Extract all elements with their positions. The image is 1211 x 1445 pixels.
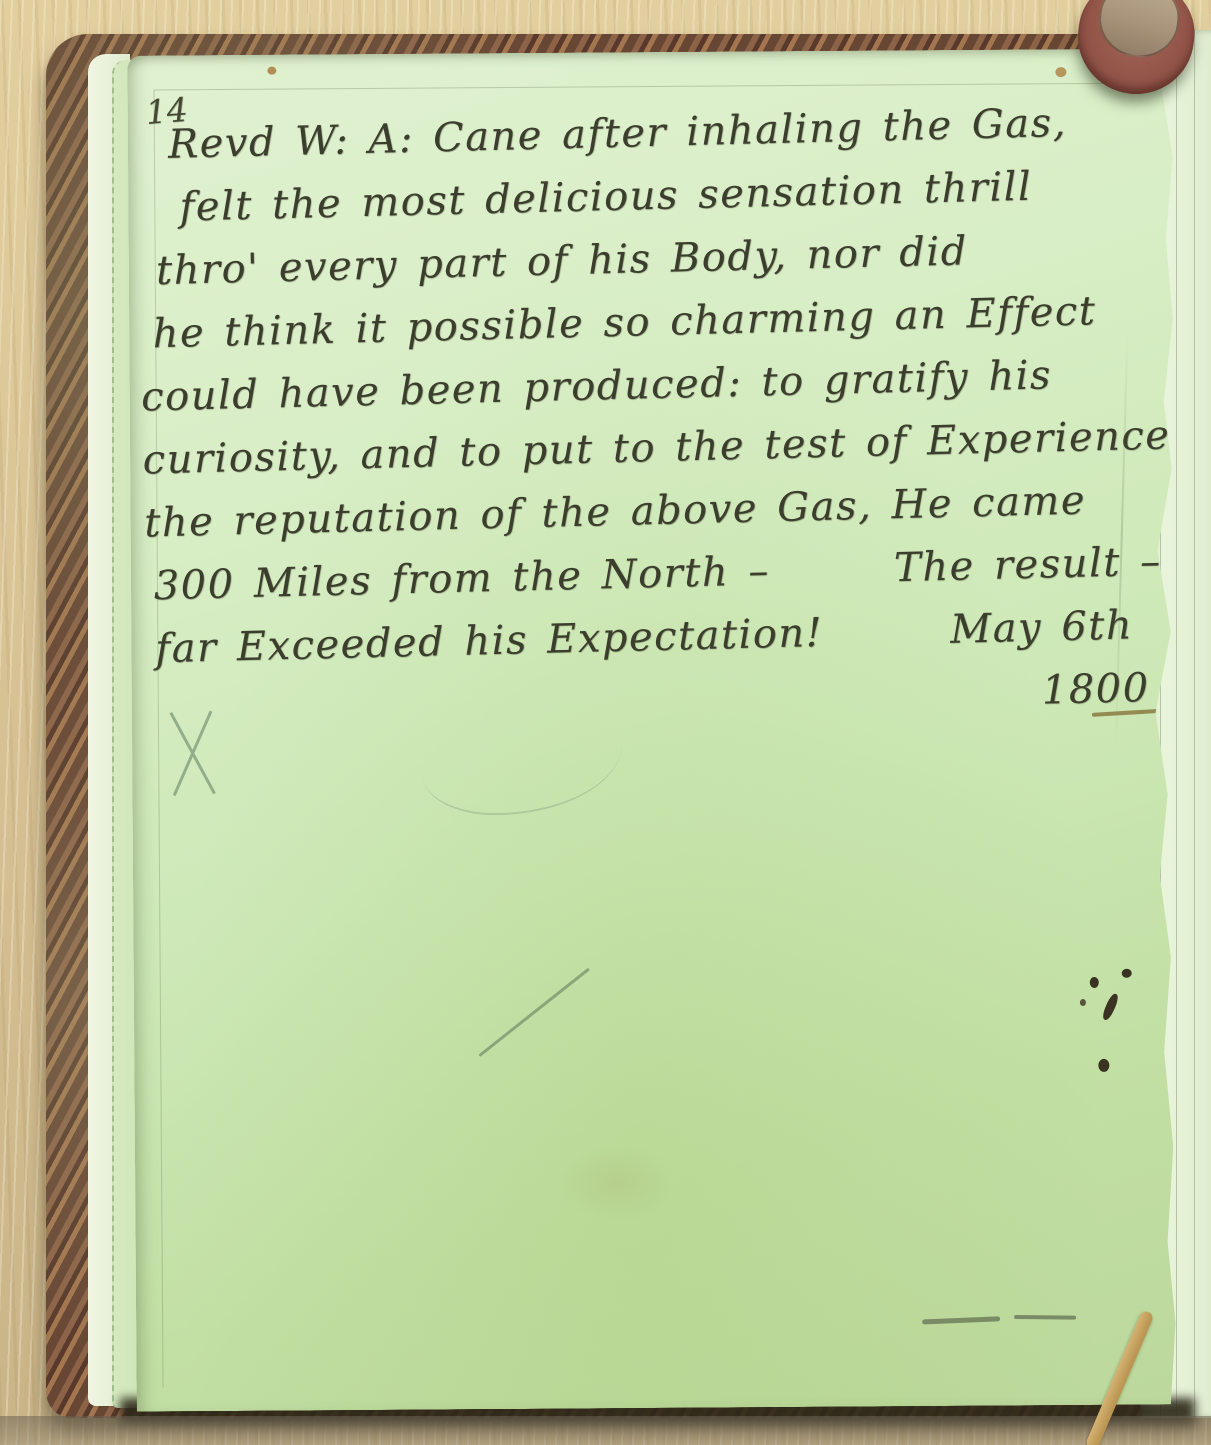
wood-table-shadowed-strip xyxy=(0,1416,1211,1445)
manuscript-page: 14 Revd W: A: Cane after inhaling the Ga… xyxy=(127,48,1188,1411)
handwritten-text-block: Revd W: A: Cane after inhaling the Gas, … xyxy=(134,90,1175,745)
page-edge-line xyxy=(1176,30,1177,1418)
handwriting-text: May 6th xyxy=(949,594,1133,661)
handwriting-text xyxy=(1163,216,1165,279)
ink-speck xyxy=(1080,999,1086,1006)
ink-speck xyxy=(1090,977,1099,988)
handwriting-text xyxy=(1165,279,1167,342)
ink-speck xyxy=(1098,1059,1109,1072)
faint-stain xyxy=(555,1142,676,1223)
handwriting-text xyxy=(1160,90,1162,153)
foxing-spot xyxy=(267,67,276,75)
handwriting-text xyxy=(148,681,150,744)
page-edge-line xyxy=(1194,30,1195,1418)
pencil-x-mark xyxy=(162,707,221,799)
ink-smudge xyxy=(1014,1315,1076,1320)
foxing-spot xyxy=(1055,67,1066,77)
ink-speck xyxy=(1122,969,1132,978)
handwriting-text xyxy=(1162,153,1164,216)
manuscript-photo: 14 Revd W: A: Cane after inhaling the Ga… xyxy=(0,0,1211,1445)
thumbnail xyxy=(1094,0,1183,62)
